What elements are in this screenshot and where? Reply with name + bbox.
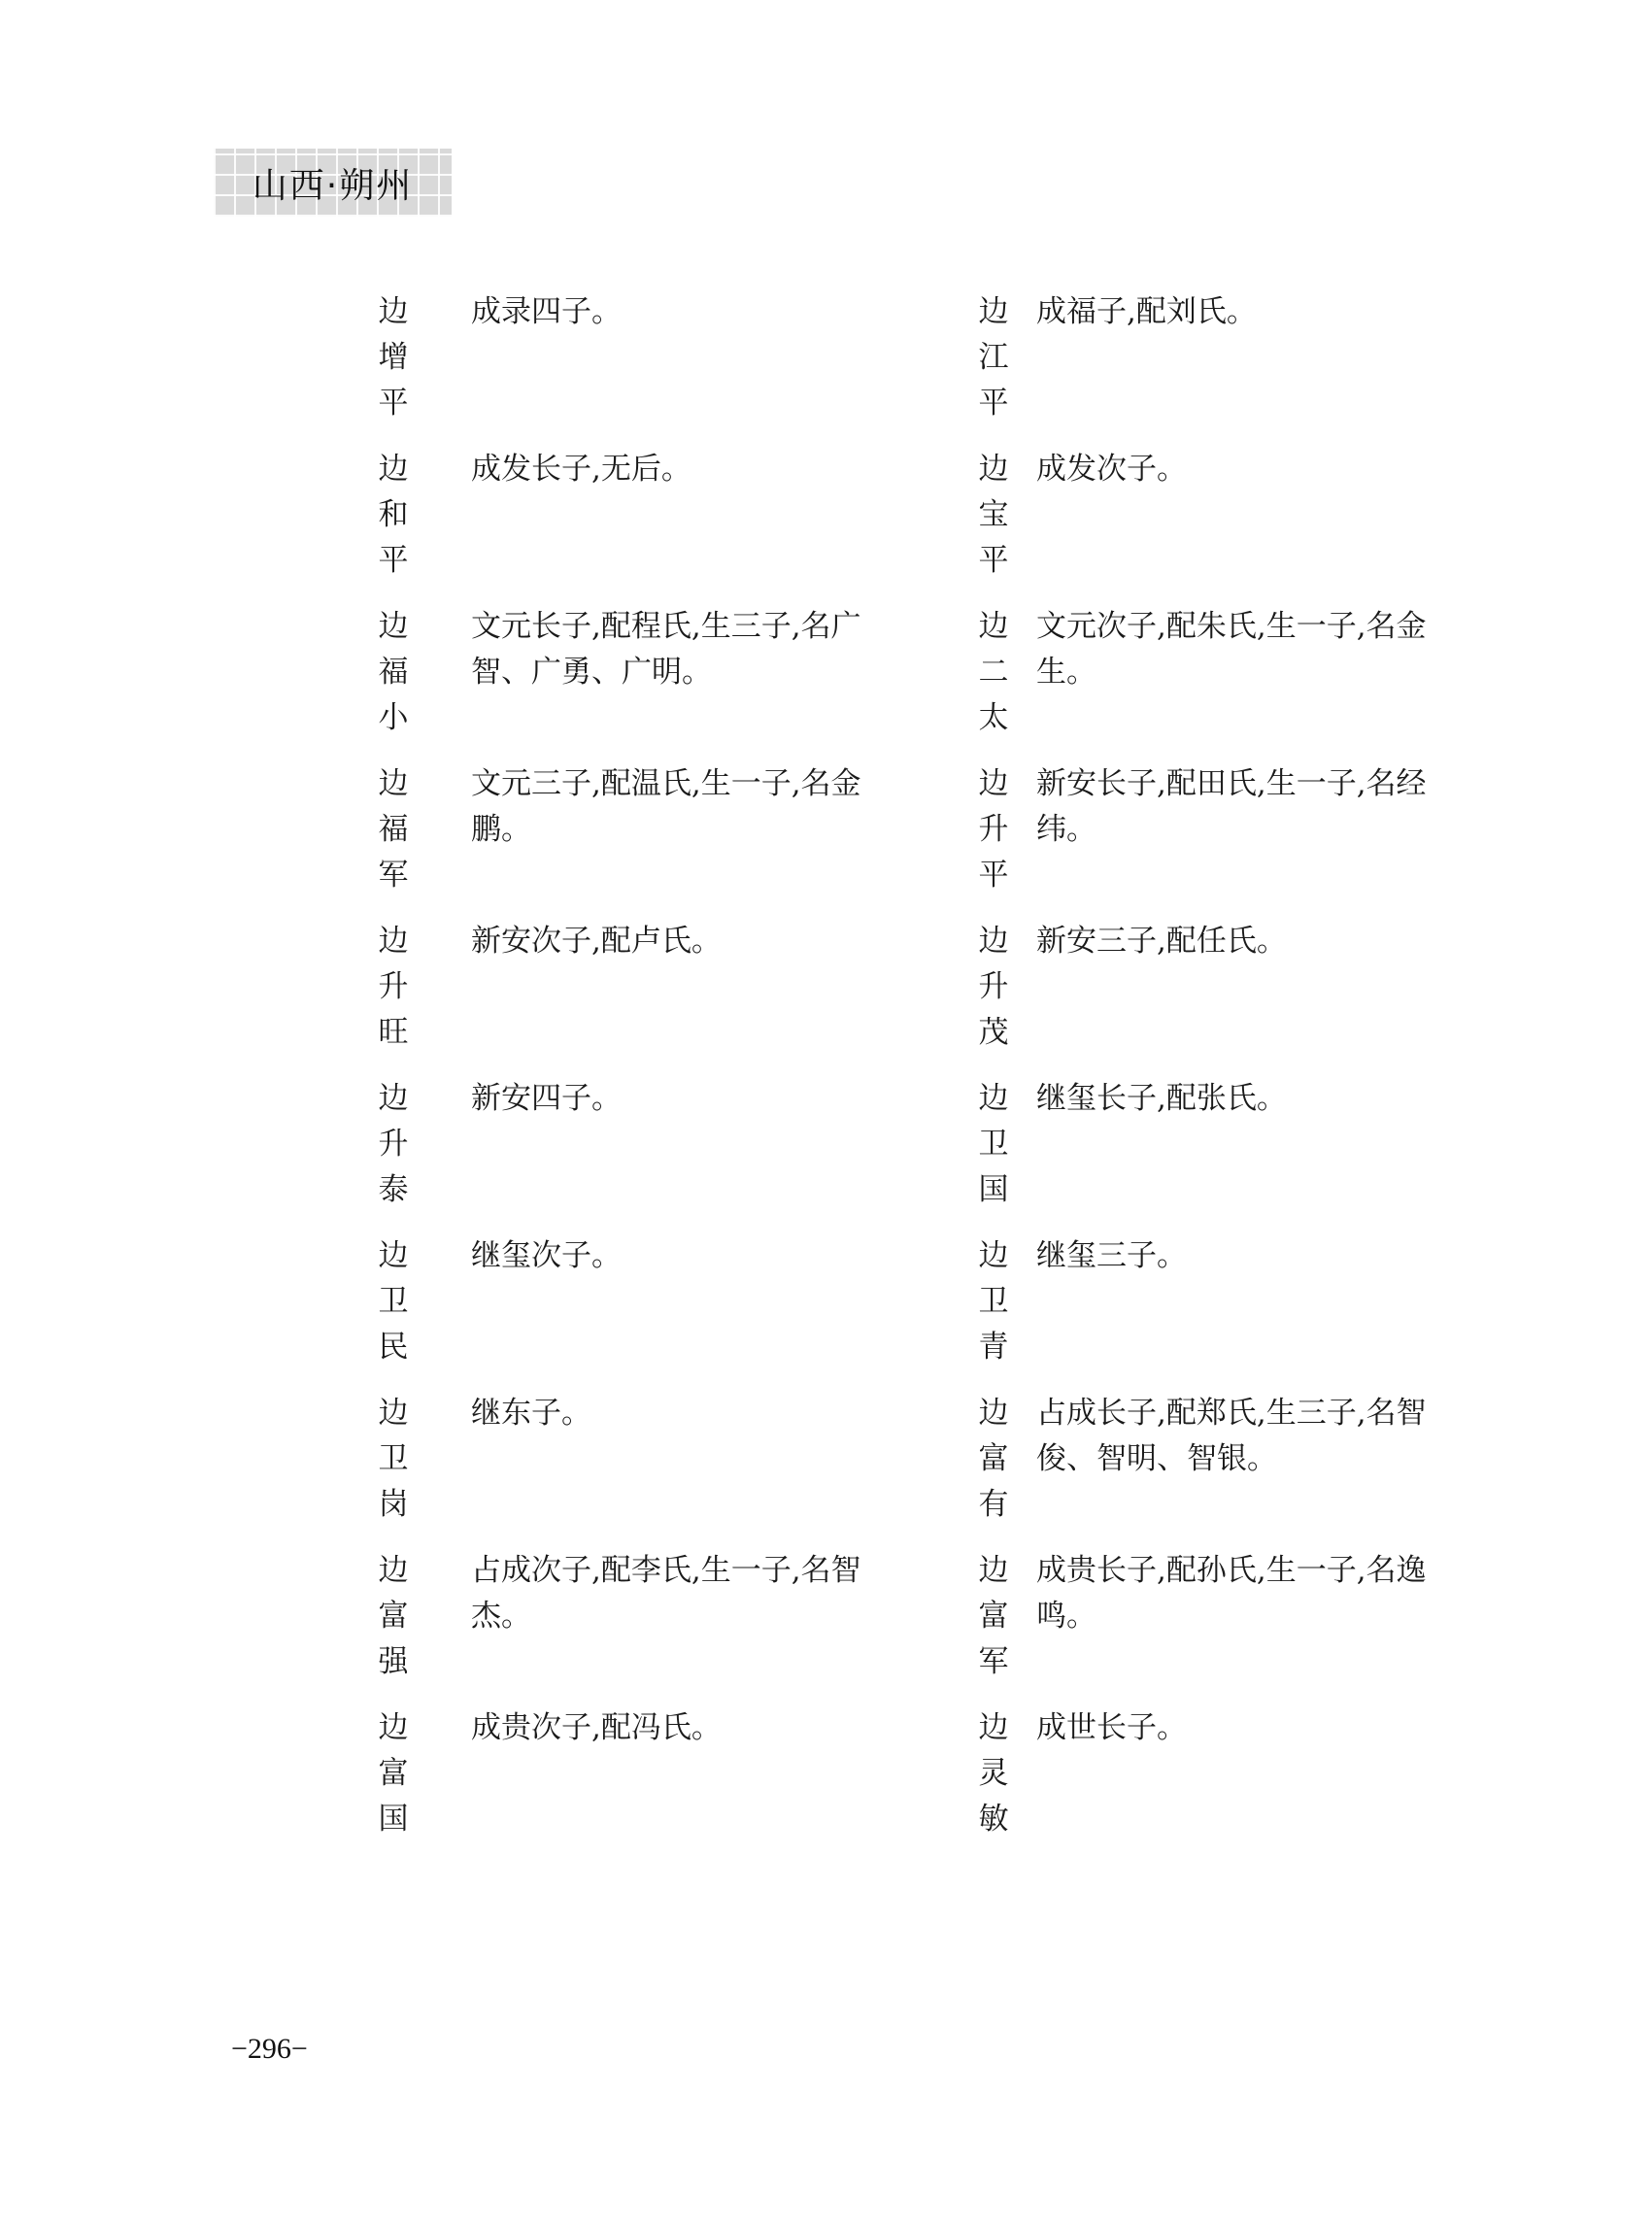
- person-description: 占成次子,配李氏,生一子,名智杰。: [471, 1548, 898, 1639]
- person-description: 继玺长子,配张氏。: [1036, 1076, 1483, 1122]
- name-character: 国: [976, 1167, 1011, 1213]
- person-name: 边和平: [376, 447, 411, 584]
- person-name: 边升平: [976, 761, 1011, 898]
- name-character: 平: [976, 381, 1011, 426]
- name-character: 边: [376, 1076, 411, 1122]
- person-description: 成发次子。: [1036, 447, 1483, 492]
- person-name: 边福军: [376, 761, 411, 898]
- name-character: 边: [976, 1705, 1011, 1751]
- name-character: 边: [976, 289, 1011, 335]
- person-description: 成福子,配刘氏。: [1036, 289, 1483, 335]
- name-character: 升: [976, 807, 1011, 853]
- person-description: 成贵长子,配孙氏,生一子,名逸鸣。: [1036, 1548, 1483, 1639]
- person-name: 边卫民: [376, 1233, 411, 1370]
- person-description: 成贵次子,配冯氏。: [471, 1705, 898, 1751]
- name-character: 边: [976, 1391, 1011, 1436]
- person-description: 成世长子。: [1036, 1705, 1483, 1751]
- person-description: 继东子。: [471, 1391, 898, 1436]
- name-character: 富: [376, 1751, 411, 1797]
- name-character: 平: [376, 538, 411, 584]
- name-character: 边: [376, 919, 411, 964]
- name-character: 升: [376, 964, 411, 1010]
- name-character: 边: [976, 447, 1011, 492]
- person-description: 继玺次子。: [471, 1233, 898, 1279]
- name-character: 平: [976, 538, 1011, 584]
- name-character: 边: [376, 289, 411, 335]
- name-character: 有: [976, 1482, 1011, 1528]
- person-name: 边富有: [976, 1391, 1011, 1528]
- name-character: 卫: [976, 1279, 1011, 1325]
- name-character: 卫: [376, 1279, 411, 1325]
- name-character: 边: [376, 1705, 411, 1751]
- person-name: 边增平: [376, 289, 411, 426]
- name-character: 茂: [976, 1010, 1011, 1056]
- name-character: 国: [376, 1797, 411, 1842]
- person-description: 成发长子,无后。: [471, 447, 898, 492]
- section-header: 山西·朔州: [214, 149, 452, 217]
- name-character: 强: [376, 1639, 411, 1685]
- name-character: 二: [976, 650, 1011, 695]
- name-character: 边: [976, 604, 1011, 650]
- person-name: 边富军: [976, 1548, 1011, 1685]
- name-character: 敏: [976, 1797, 1011, 1842]
- name-character: 边: [376, 1391, 411, 1436]
- name-character: 边: [376, 1548, 411, 1594]
- name-character: 宝: [976, 492, 1011, 538]
- name-character: 旺: [376, 1010, 411, 1056]
- name-character: 边: [376, 604, 411, 650]
- person-name: 边卫国: [976, 1076, 1011, 1213]
- name-character: 卫: [376, 1436, 411, 1482]
- person-name: 边宝平: [976, 447, 1011, 584]
- person-name: 边升泰: [376, 1076, 411, 1213]
- name-character: 灵: [976, 1751, 1011, 1797]
- person-name: 边富强: [376, 1548, 411, 1685]
- name-character: 富: [976, 1436, 1011, 1482]
- page-number: −296−: [231, 2033, 308, 2066]
- section-title: 山西·朔州: [253, 158, 413, 208]
- person-name: 边灵敏: [976, 1705, 1011, 1842]
- name-character: 太: [976, 695, 1011, 741]
- name-character: 边: [976, 1548, 1011, 1594]
- name-character: 福: [376, 807, 411, 853]
- person-name: 边江平: [976, 289, 1011, 426]
- person-name: 边升旺: [376, 919, 411, 1056]
- person-description: 继玺三子。: [1036, 1233, 1483, 1279]
- person-description: 成录四子。: [471, 289, 898, 335]
- name-character: 江: [976, 335, 1011, 381]
- name-character: 卫: [976, 1122, 1011, 1167]
- person-description: 新安四子。: [471, 1076, 898, 1122]
- name-character: 增: [376, 335, 411, 381]
- name-character: 升: [976, 964, 1011, 1010]
- name-character: 军: [376, 853, 411, 898]
- name-character: 升: [376, 1122, 411, 1167]
- person-description: 文元三子,配温氏,生一子,名金鹏。: [471, 761, 898, 853]
- person-name: 边富国: [376, 1705, 411, 1842]
- person-description: 占成长子,配郑氏,生三子,名智俊、智明、智银。: [1036, 1391, 1483, 1482]
- person-description: 新安三子,配任氏。: [1036, 919, 1483, 964]
- name-character: 边: [976, 1076, 1011, 1122]
- name-character: 边: [376, 447, 411, 492]
- name-character: 平: [376, 381, 411, 426]
- name-character: 岗: [376, 1482, 411, 1528]
- person-name: 边升茂: [976, 919, 1011, 1056]
- name-character: 福: [376, 650, 411, 695]
- name-character: 青: [976, 1325, 1011, 1370]
- person-name: 边卫岗: [376, 1391, 411, 1528]
- person-description: 新安次子,配卢氏。: [471, 919, 898, 964]
- name-character: 军: [976, 1639, 1011, 1685]
- name-character: 边: [976, 1233, 1011, 1279]
- person-description: 文元长子,配程氏,生三子,名广智、广勇、广明。: [471, 604, 898, 695]
- name-character: 边: [976, 919, 1011, 964]
- name-character: 平: [976, 853, 1011, 898]
- name-character: 边: [376, 761, 411, 807]
- name-character: 泰: [376, 1167, 411, 1213]
- person-name: 边二太: [976, 604, 1011, 741]
- person-name: 边卫青: [976, 1233, 1011, 1370]
- person-description: 新安长子,配田氏,生一子,名经纬。: [1036, 761, 1483, 853]
- name-character: 富: [376, 1594, 411, 1639]
- name-character: 和: [376, 492, 411, 538]
- name-character: 小: [376, 695, 411, 741]
- name-character: 边: [976, 761, 1011, 807]
- person-description: 文元次子,配朱氏,生一子,名金生。: [1036, 604, 1483, 695]
- name-character: 边: [376, 1233, 411, 1279]
- person-name: 边福小: [376, 604, 411, 741]
- name-character: 民: [376, 1325, 411, 1370]
- name-character: 富: [976, 1594, 1011, 1639]
